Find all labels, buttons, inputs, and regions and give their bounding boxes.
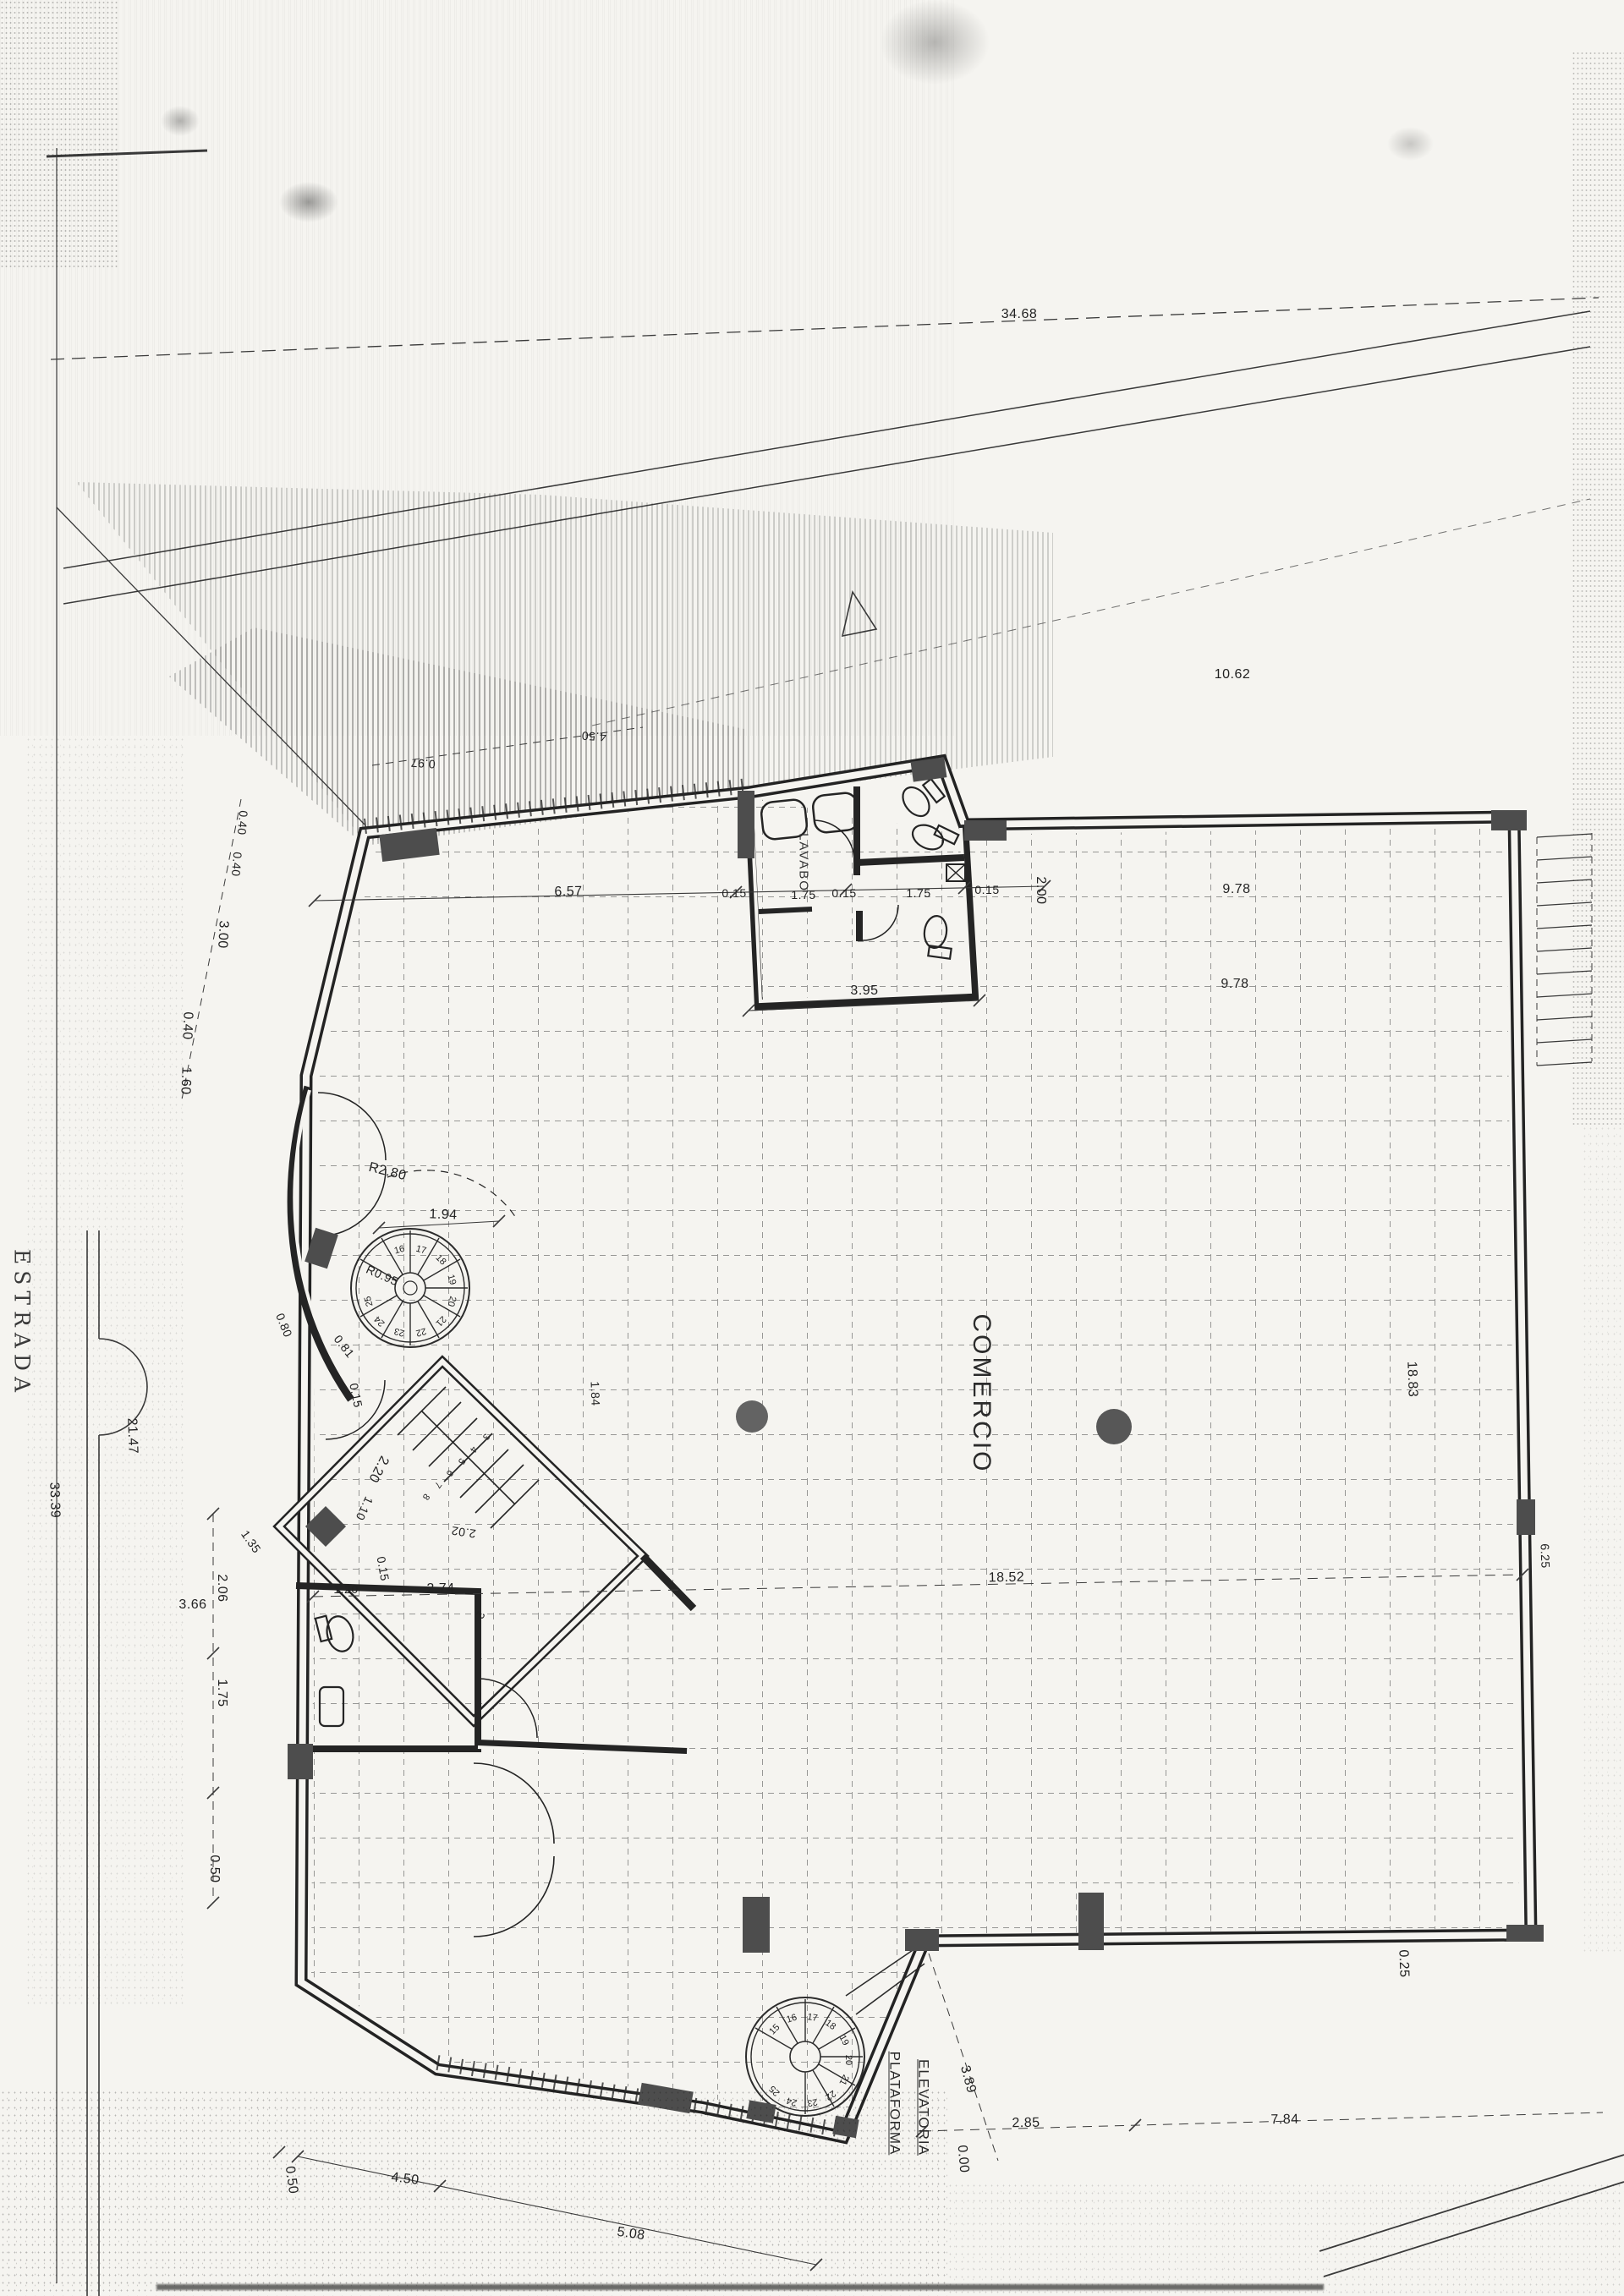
stair-step-number: 23 (806, 2096, 818, 2108)
stair-step-number: 20 (843, 2055, 853, 2065)
exterior-stair-right (1537, 833, 1592, 1066)
scanner-edge-bar (156, 2284, 1324, 2290)
scanned-floor-plan-page: 16 17 18 19 20 21 22 23 24 25 15 16 17 1… (0, 0, 1624, 2296)
floor-plan-drawing: 16 17 18 19 20 21 22 23 24 25 15 16 17 1… (0, 0, 1624, 2296)
column-circle (736, 1400, 768, 1433)
column-circle (1096, 1409, 1132, 1444)
sidewalk-hatch (76, 482, 1053, 846)
stair-step-number: 17 (806, 2012, 818, 2024)
